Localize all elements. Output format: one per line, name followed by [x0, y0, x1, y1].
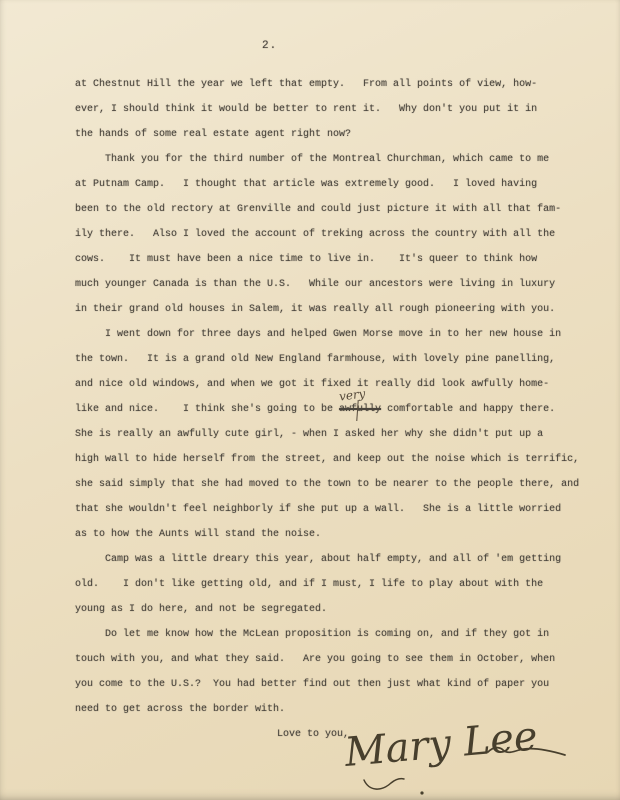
- letter-line: young as I do here, and not be segregate…: [75, 597, 605, 622]
- letter-line: I went down for three days and helped Gw…: [75, 322, 605, 347]
- letter-body: at Chestnut Hill the year we left that e…: [75, 72, 605, 747]
- letter-line: the town. It is a grand old New England …: [75, 347, 605, 372]
- letter-line: ever, I should think it would be better …: [75, 97, 605, 122]
- page-number: 2.: [262, 40, 277, 52]
- letter-line: old. I don't like getting old, and if I …: [75, 572, 605, 597]
- letter-line: She is really an awfully cute girl, - wh…: [75, 422, 605, 447]
- letter-line: you come to the U.S.? You had better fin…: [75, 672, 605, 697]
- line-segment: like and nice. I think she's going to be: [75, 404, 339, 415]
- letter-line: at Putnam Camp. I thought that article w…: [75, 172, 605, 197]
- handwritten-correction: very: [338, 387, 366, 402]
- signature-dot: [420, 791, 423, 794]
- letter-line: like and nice. I think she's going to be…: [75, 397, 605, 422]
- letter-line: Thank you for the third number of the Mo…: [75, 147, 605, 172]
- struck-word: awfullyvery: [339, 404, 381, 415]
- letter-line: high wall to hide herself from the stree…: [75, 447, 605, 472]
- letter-line: as to how the Aunts will stand the noise…: [75, 522, 605, 547]
- letter-line: ily there. Also I loved the account of t…: [75, 222, 605, 247]
- signature-tail-swoosh: [364, 779, 404, 789]
- letter-line: touch with you, and what they said. Are …: [75, 647, 605, 672]
- signature: Mary Lee: [336, 718, 586, 800]
- letter-line: she said simply that she had moved to th…: [75, 472, 605, 497]
- letter-page: 2. at Chestnut Hill the year we left tha…: [0, 0, 620, 800]
- letter-line: that she wouldn't feel neighborly if she…: [75, 497, 605, 522]
- letter-line: Do let me know how the McLean propositio…: [75, 622, 605, 647]
- signature-text: Mary Lee: [342, 718, 539, 776]
- letter-line: in their grand old houses in Salem, it w…: [75, 297, 605, 322]
- insertion-caret-mark: [356, 400, 358, 421]
- signature-ink: Mary Lee: [342, 718, 565, 795]
- letter-line: been to the old rectory at Grenville and…: [75, 197, 605, 222]
- letter-line: at Chestnut Hill the year we left that e…: [75, 72, 605, 97]
- letter-line: cows. It must have been a nice time to l…: [75, 247, 605, 272]
- letter-line: Camp was a little dreary this year, abou…: [75, 547, 605, 572]
- letter-line: the hands of some real estate agent righ…: [75, 122, 605, 147]
- letter-line: much younger Canada is than the U.S. Whi…: [75, 272, 605, 297]
- line-segment: comfortable and happy there.: [381, 404, 555, 415]
